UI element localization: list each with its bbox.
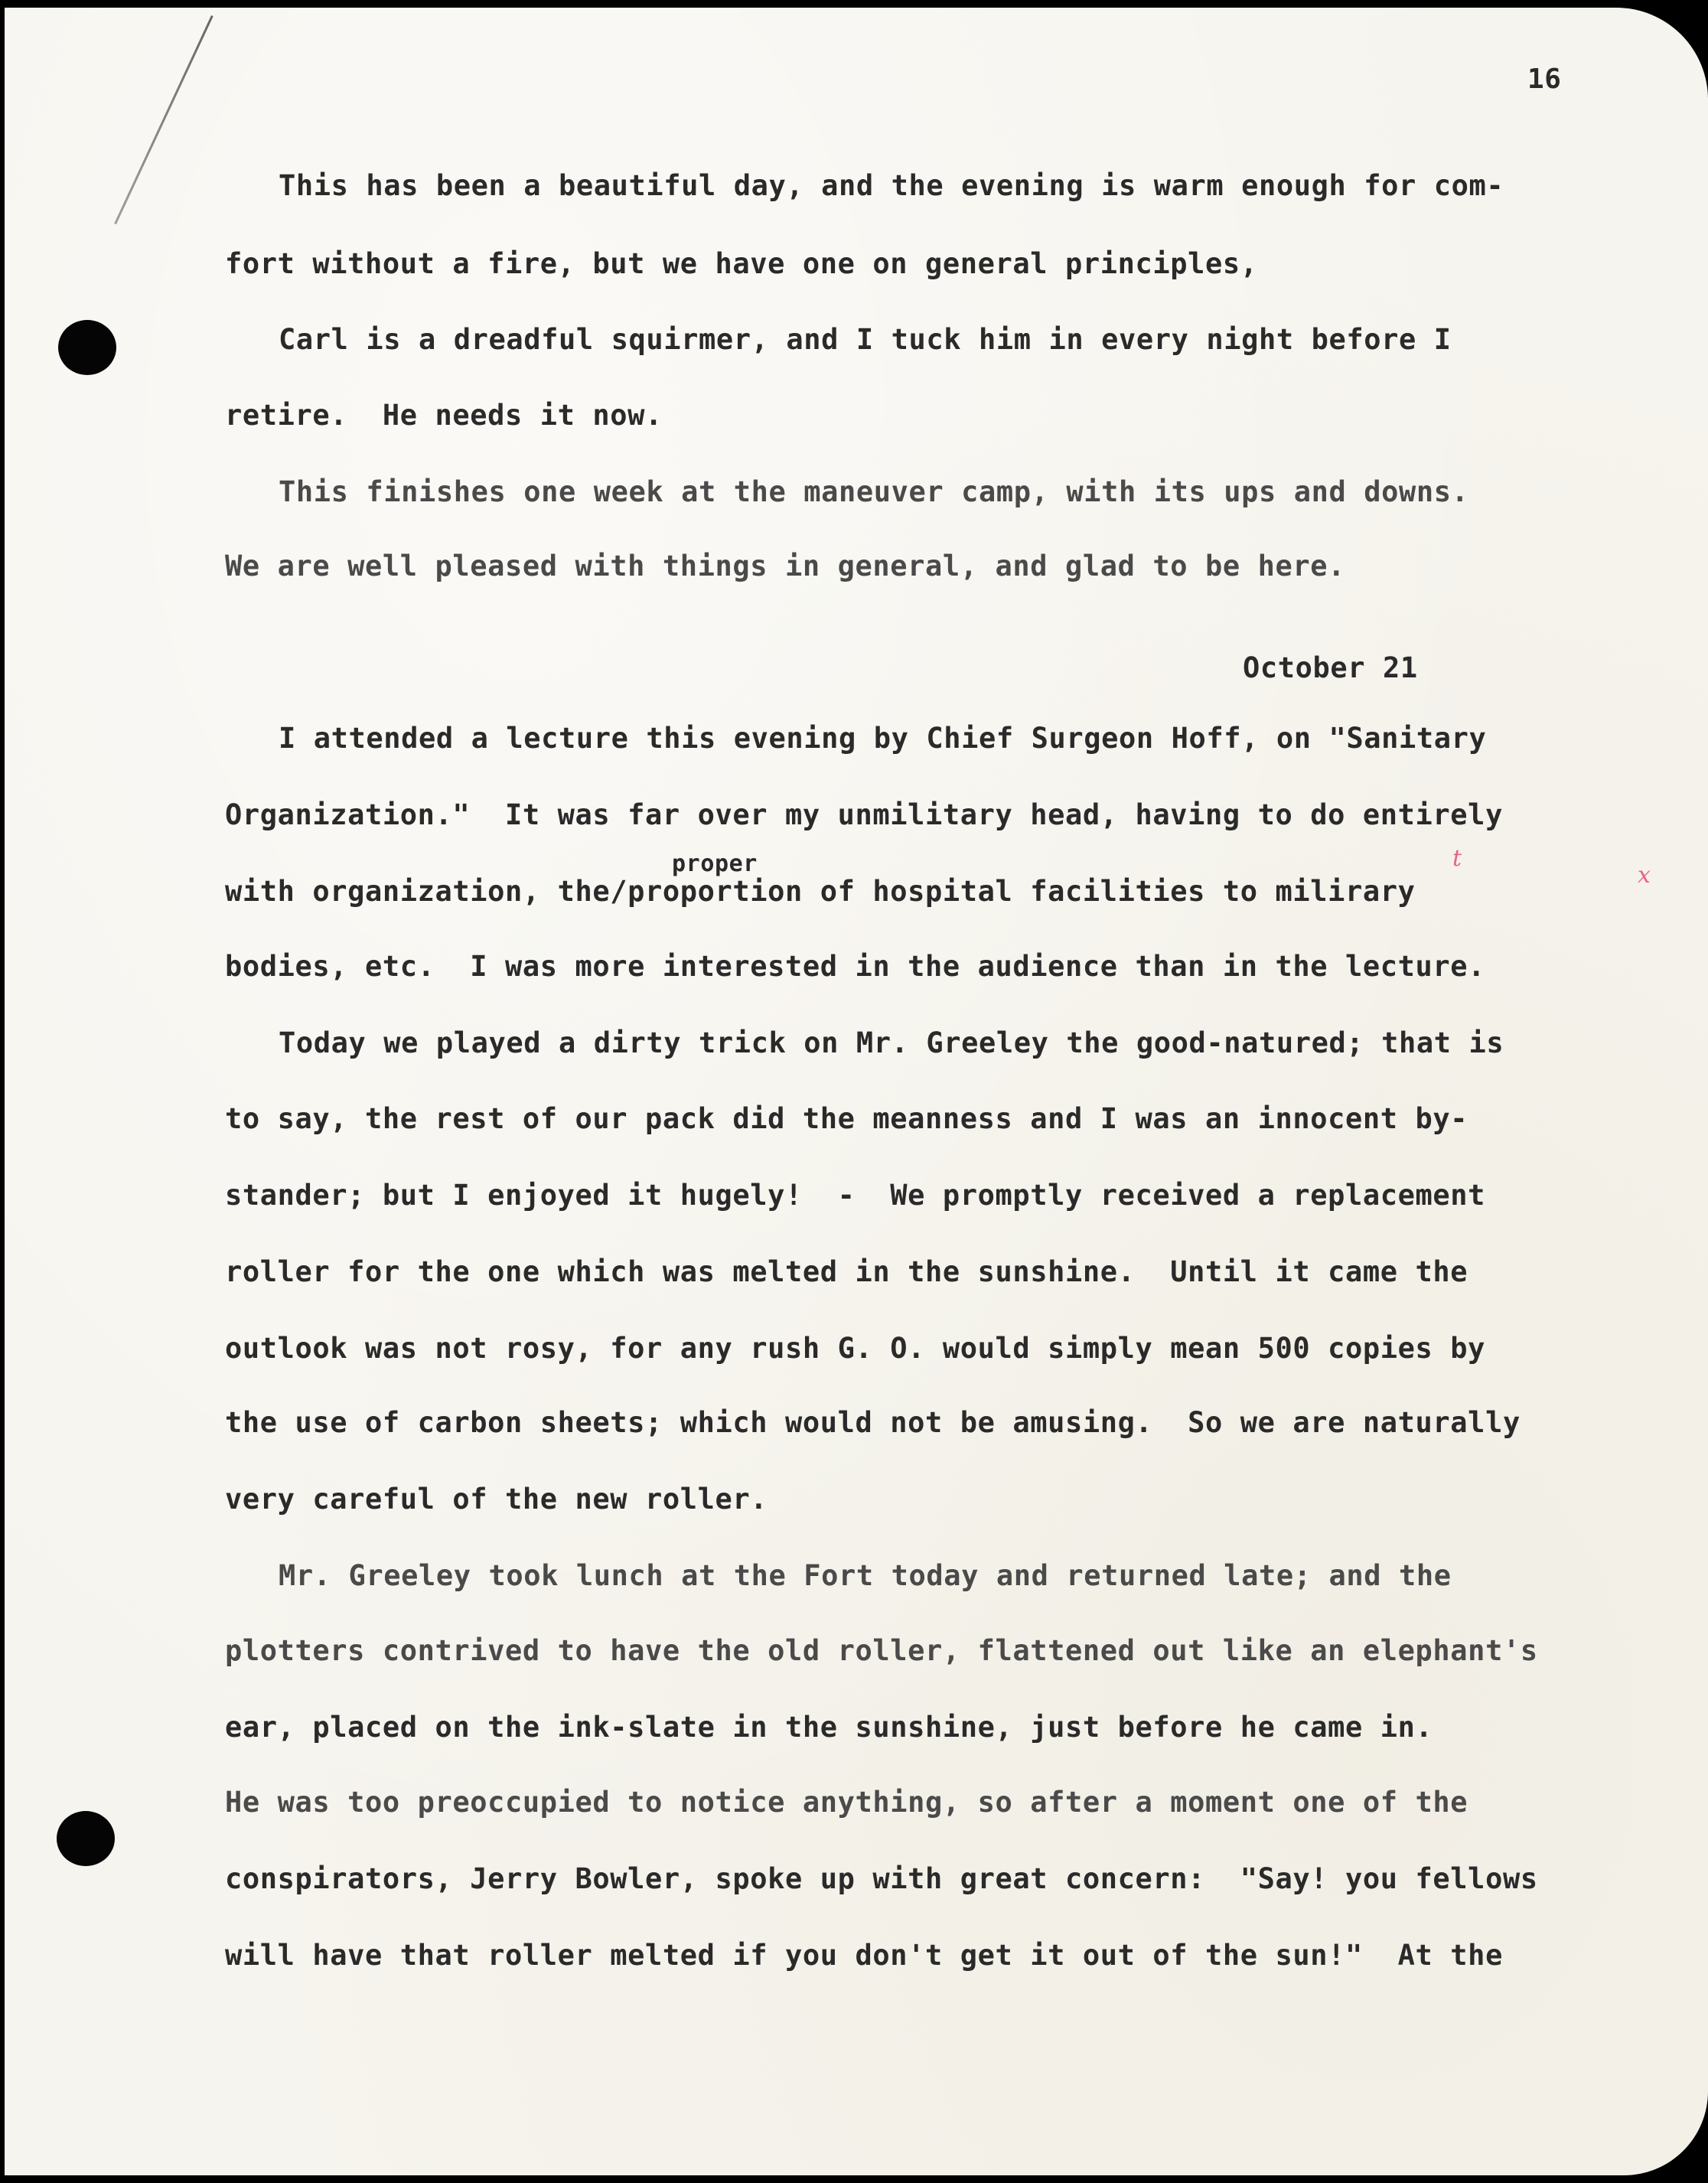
text-line: roller for the one which was melted in t… xyxy=(225,1258,1468,1286)
pencil-correction-t: t xyxy=(1452,845,1462,872)
typewritten-page: 16 This has been a beautiful day, and th… xyxy=(5,8,1708,2175)
text-line: will have that roller melted if you don'… xyxy=(225,1941,1503,1969)
text-line: fort without a fire, but we have one on … xyxy=(225,250,1258,278)
text-line: Mr. Greeley took lunch at the Fort today… xyxy=(279,1561,1452,1590)
text-line: Carl is a dreadful squirmer, and I tuck … xyxy=(279,325,1452,354)
text-line: the use of carbon sheets; which would no… xyxy=(225,1408,1521,1437)
text-line: Organization." It was far over my unmili… xyxy=(225,801,1503,829)
interlinear-insertion: proper xyxy=(672,853,758,876)
text-line: stander; but I enjoyed it hugely! - We p… xyxy=(225,1181,1485,1209)
punch-hole-top xyxy=(58,320,116,375)
text-line: conspirators, Jerry Bowler, spoke up wit… xyxy=(225,1865,1538,1893)
text-line: retire. He needs it now. xyxy=(225,401,663,429)
text-line: to say, the rest of our pack did the mea… xyxy=(225,1105,1468,1133)
text-line: ear, placed on the ink-slate in the suns… xyxy=(225,1713,1433,1741)
fold-crease xyxy=(114,15,213,224)
text-line: very careful of the new roller. xyxy=(225,1485,768,1513)
text-line: outlook was not rosy, for any rush G. O.… xyxy=(225,1334,1485,1362)
date-heading: October 21 xyxy=(1243,654,1418,682)
text-line: bodies, etc. I was more interested in th… xyxy=(225,952,1485,981)
text-line: He was too preoccupied to notice anythin… xyxy=(225,1788,1468,1816)
text-line: We are well pleased with things in gener… xyxy=(225,552,1345,580)
text-line: with organization, the/proportion of hos… xyxy=(225,877,1416,906)
text-line: This finishes one week at the maneuver c… xyxy=(279,478,1469,506)
text-line: Today we played a dirty trick on Mr. Gre… xyxy=(279,1029,1504,1057)
pencil-correction-x: x xyxy=(1638,862,1651,889)
text-line: I attended a lecture this evening by Chi… xyxy=(279,724,1486,752)
punch-hole-bottom xyxy=(57,1811,115,1866)
page-number: 16 xyxy=(1527,66,1562,93)
text-line: plotters contrived to have the old rolle… xyxy=(225,1636,1538,1665)
text-line: This has been a beautiful day, and the e… xyxy=(279,171,1504,200)
